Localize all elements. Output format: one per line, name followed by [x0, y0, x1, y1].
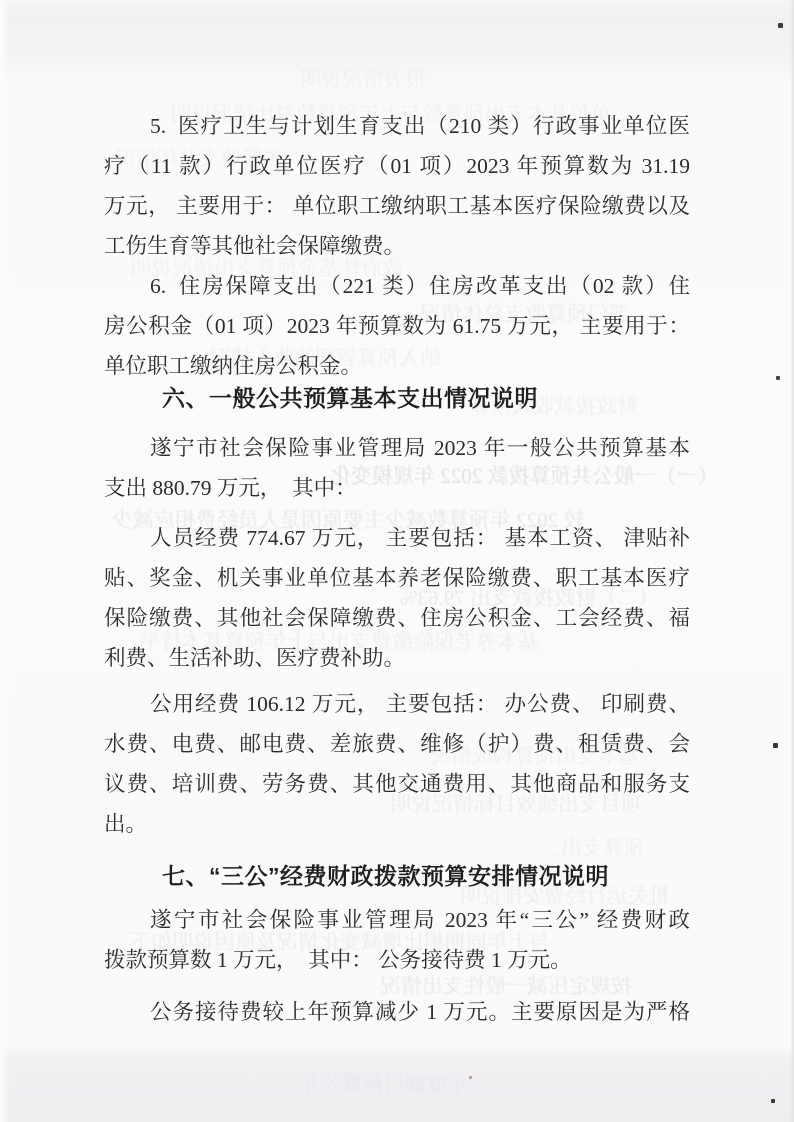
text-line: 工伤生育等其他社会保障缴费。 [104, 226, 690, 266]
text-line: 万元， 主要用于： 单位职工缴纳职工基本医疗保险缴费以及 [104, 186, 690, 226]
text-line: 议费、培训费、劳务费、其他交通费用、其他商品和服务支 [104, 764, 690, 804]
paper-right-edge [790, 0, 794, 1122]
text-line: 遂宁市社会保险事业管理局 2023 年“三公” 经费财政 [104, 900, 690, 940]
ink-speck [771, 1099, 775, 1103]
section-heading: 六、一般公共预算基本支出情况说明 [104, 378, 748, 418]
paragraph: 遂宁市社会保险事业管理局 2023 年“三公” 经费财政拨款预算数 1 万元， … [104, 900, 690, 980]
text-line: 5. 医疗卫生与计划生育支出（210 类）行政事业单位医 [104, 106, 690, 146]
paragraph: 遂宁市社会保险事业管理局 2023 年一般公共预算基本支出 880.79 万元，… [104, 428, 690, 508]
ink-speck [776, 376, 780, 380]
text-line: 拨款预算数 1 万元， 其中： 公务接待费 1 万元。 [104, 940, 690, 980]
section-heading: 七、“三公”经费财政拨款预算安排情况说明 [104, 856, 748, 896]
text-line: 人员经费 774.67 万元， 主要包括： 基本工资、 津贴补 [104, 518, 690, 558]
text-line: 房公积金（01 项）2023 年预算数为 61.75 万元， 主要用于： [104, 306, 690, 346]
text-line: 贴、奖金、机关事业单位基本养老保险缴费、职工基本医疗 [104, 558, 690, 598]
text-line: 保险缴费、其他社会保障缴费、住房公积金、工会经费、福 [104, 598, 690, 638]
text-line: 出。 [104, 804, 690, 844]
ink-speck [773, 743, 778, 748]
paragraph: 5. 医疗卫生与计划生育支出（210 类）行政事业单位医疗（11 款）行政单位医… [104, 106, 690, 266]
text-line: 公用经费 106.12 万元， 主要包括： 办公费、 印刷费、 [104, 684, 690, 724]
scanned-document-page: 报表情况说明单位基本支出预算数与上年预算数对比情况说明预算收支总体情况政府性基金… [0, 0, 794, 1122]
paragraph: 6. 住房保障支出（221 类）住房改革支出（02 款）住房公积金（01 项）2… [104, 266, 690, 386]
text-line: 疗（11 款）行政单位医疗（01 项）2023 年预算数为 31.19 [104, 146, 690, 186]
text-line: 利费、生活补助、医疗费补助。 [104, 638, 690, 678]
ink-speck [778, 23, 783, 28]
paragraph: 人员经费 774.67 万元， 主要包括： 基本工资、 津贴补贴、奖金、机关事业… [104, 518, 690, 678]
text-line: 水费、电费、邮电费、差旅费、维修（护）费、租赁费、会 [104, 724, 690, 764]
text-line: 公务接待费较上年预算减少 1 万元。主要原因是为严格 [104, 992, 690, 1032]
ink-speck [469, 1076, 472, 1079]
document-content: 5. 医疗卫生与计划生育支出（210 类）行政事业单位医疗（11 款）行政单位医… [0, 0, 794, 1122]
text-line: 支出 880.79 万元， 其中： [104, 468, 690, 508]
text-line: 6. 住房保障支出（221 类）住房改革支出（02 款）住 [104, 266, 690, 306]
text-line: 遂宁市社会保险事业管理局 2023 年一般公共预算基本 [104, 428, 690, 468]
paragraph: 公务接待费较上年预算减少 1 万元。主要原因是为严格 [104, 992, 690, 1032]
paragraph: 公用经费 106.12 万元， 主要包括： 办公费、 印刷费、水费、电费、邮电费… [104, 684, 690, 844]
